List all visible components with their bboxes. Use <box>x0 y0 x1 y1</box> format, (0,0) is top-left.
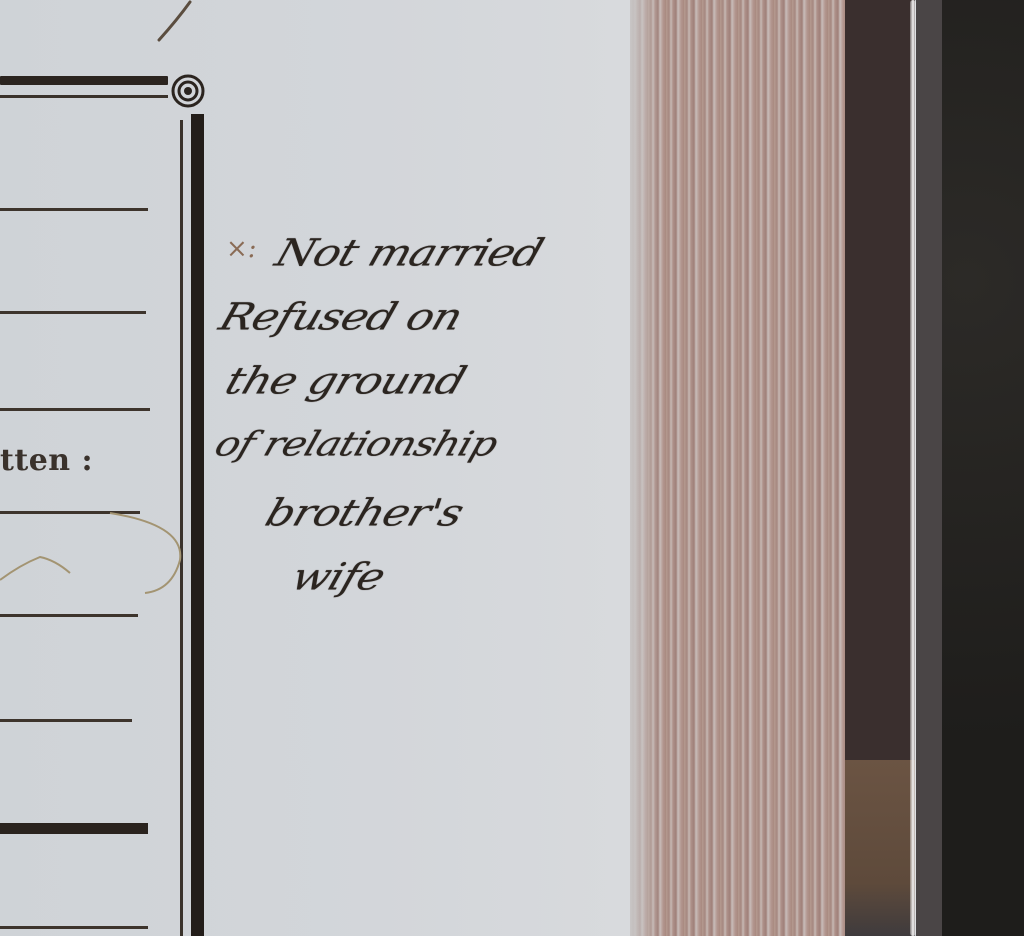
page-edge-shadow <box>630 0 660 936</box>
book-cover-worn-corner <box>845 760 915 936</box>
register-page: tten : ×: Not married Refused on the gro… <box>0 0 630 936</box>
ink-stroke-fragment <box>155 0 195 42</box>
note-line-3: the ground <box>220 360 471 403</box>
form-rule <box>0 311 146 314</box>
note-line-1: Not married <box>270 232 548 275</box>
form-rule <box>0 208 148 211</box>
form-border-top-thick <box>0 76 168 85</box>
note-line-2: Refused on <box>214 296 467 339</box>
note-line-5: brother's <box>260 492 469 535</box>
form-rule <box>0 614 138 617</box>
form-border-top-thin <box>0 95 168 98</box>
note-line-6: wife <box>286 556 390 599</box>
form-rule <box>0 719 132 722</box>
form-field-label: tten : <box>0 443 93 478</box>
form-rule <box>0 926 148 929</box>
form-rule-thick <box>0 823 148 834</box>
annotation-marker-icon: ×: <box>226 234 257 264</box>
handwritten-marginal-note: ×: Not married Refused on the ground of … <box>208 222 628 642</box>
book-page-edges <box>630 0 845 936</box>
note-line-4: of relationship <box>210 425 502 464</box>
corner-ornament-icon <box>168 73 208 109</box>
plastic-sleeve <box>916 0 942 936</box>
form-border-vertical-thick <box>191 114 204 936</box>
dark-backdrop <box>942 0 1024 936</box>
faded-handwriting-flourish <box>0 505 190 595</box>
form-rule <box>0 408 150 411</box>
